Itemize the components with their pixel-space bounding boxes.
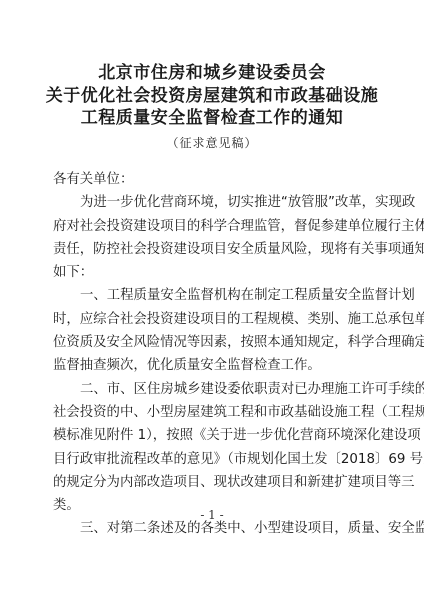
body-line: 二、市、区住房城乡建设委依职责对已办理施工许可手续的、 [53,378,371,401]
body-line: 责任，防控社会投资建设项目安全质量风险，现将有关事项通知 [53,238,371,261]
page-number: - 1 - [0,508,424,522]
body-line: 一、工程质量安全监督机构在制定工程质量安全监督计划 [53,284,371,307]
body-line: 社会投资的中、小型房屋建筑工程和市政基础设施工程（工程规 [53,401,371,424]
body-line: 如下： [53,261,371,284]
document-subtitle: （征求意见稿） [0,134,424,151]
body-line: 模标准见附件 1），按照《关于进一步优化营商环境深化建设项 [53,424,371,447]
document-title-line-3: 工程质量安全监督检查工作的通知 [0,107,424,129]
document-title-line-2: 关于优化社会投资房屋建筑和市政基础设施 [0,85,424,107]
body-line: 位资质及安全风险情况等因素，按照本通知规定，科学合理确定 [53,331,371,354]
document-body: 各有关单位： 为进一步优化营商环境，切实推进“放管服”改革，实现政 府对社会投资… [53,168,371,541]
salutation: 各有关单位： [53,168,371,191]
body-line: 时，应综合社会投资建设项目的工程规模、类别、施工总承包单 [53,308,371,331]
body-line: 目行政审批流程改革的意见》（市规划化国土发〔2018〕69 号） [53,448,371,471]
body-line: 监督抽查频次，优化质量安全监督检查工作。 [53,354,371,377]
body-line: 府对社会投资建设项目的科学合理监管，督促参建单位履行主体 [53,215,371,238]
body-line: 的规定分为内部改造项目、现状改建项目和新建扩建项目等三 [53,471,371,494]
body-line: 为进一步优化营商环境，切实推进“放管服”改革，实现政 [53,191,371,214]
document-title-line-1: 北京市住房和城乡建设委员会 [0,62,424,84]
